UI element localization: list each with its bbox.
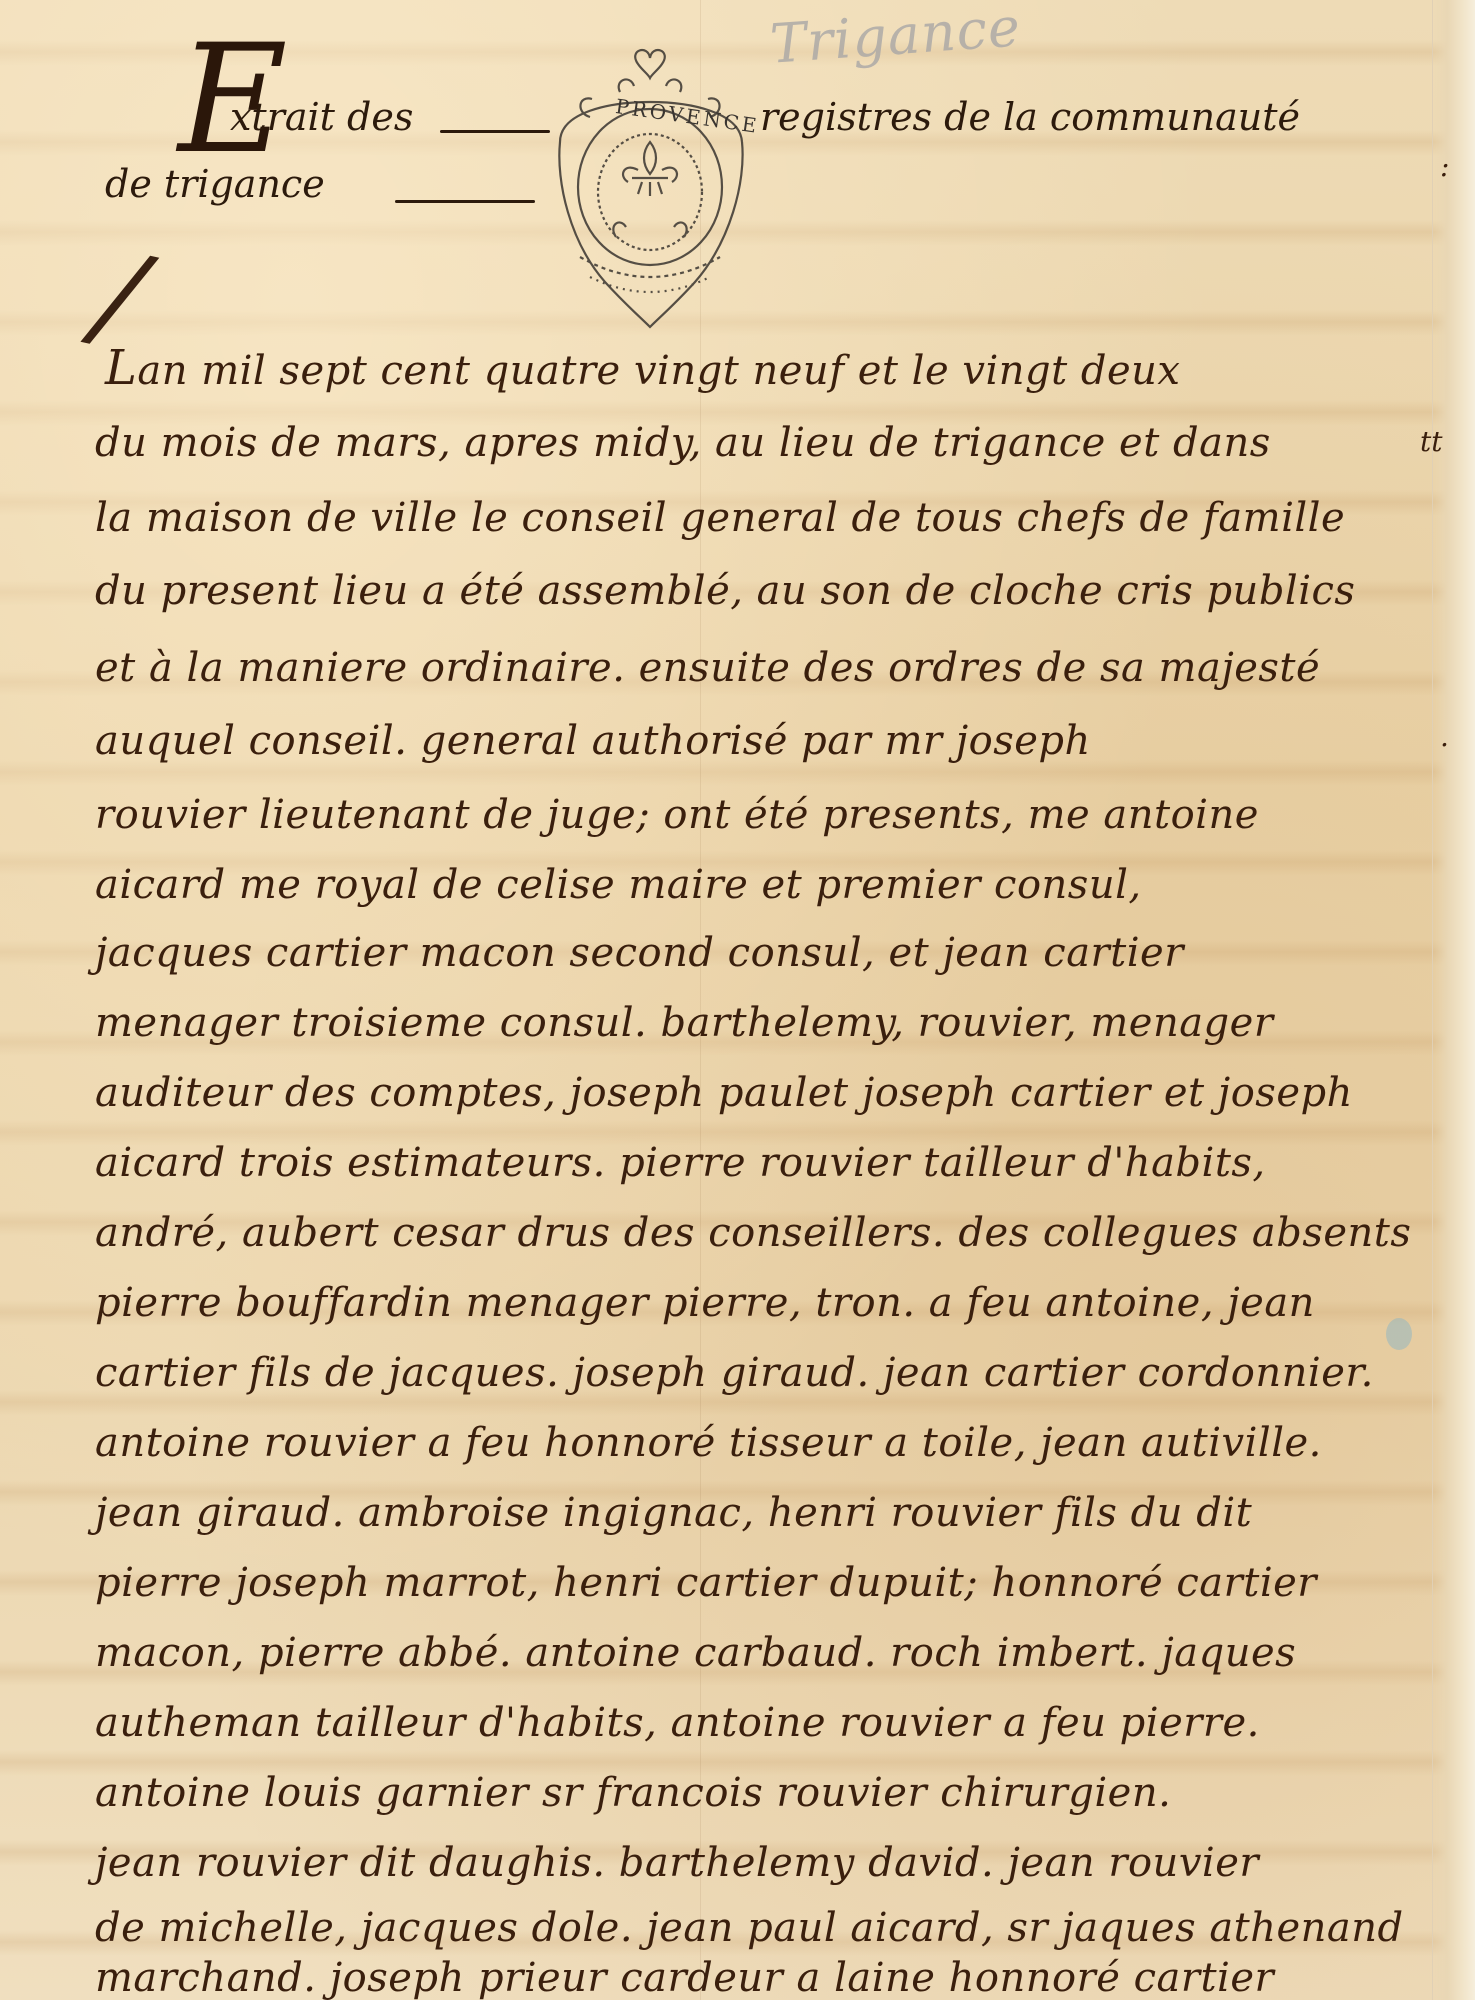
manuscript-line: Lan mil sept cent quatre vingt neuf et l… <box>105 340 1181 396</box>
pencil-annotation: Trigance <box>768 0 1023 76</box>
manuscript-line: menager troisieme consul. barthelemy, ro… <box>95 1000 1273 1046</box>
manuscript-page: Trigance E xtrait des registres de la co… <box>0 0 1475 2000</box>
blue-ink-spot <box>1386 1318 1412 1350</box>
heading-line-2: de trigance <box>105 162 325 206</box>
margin-mark: tt <box>1420 425 1443 458</box>
manuscript-line: andré, aubert cesar drus des conseillers… <box>95 1210 1411 1256</box>
manuscript-line: macon, pierre abbé. antoine carbaud. roc… <box>95 1630 1296 1676</box>
manuscript-line: auquel conseil. general authorisé par mr… <box>95 718 1091 764</box>
manuscript-line: aicard trois estimateurs. pierre rouvier… <box>95 1140 1266 1186</box>
manuscript-line: aicard me royal de celise maire et premi… <box>95 862 1142 908</box>
manuscript-line: du mois de mars, apres midy, au lieu de … <box>95 420 1271 466</box>
paper-right-edge <box>1432 0 1475 2000</box>
heading-line-1-right: registres de la communauté <box>760 95 1300 139</box>
fleur-de-lis-seal-icon <box>520 42 780 332</box>
heading-line-1-left: xtrait des <box>230 95 413 139</box>
manuscript-line: rouvier lieutenant de juge; ont été pres… <box>95 792 1259 838</box>
margin-mark: : <box>1440 150 1449 183</box>
manuscript-line: la maison de ville le conseil general de… <box>95 495 1345 541</box>
manuscript-line: pierre bouffardin menager pierre, tron. … <box>95 1280 1315 1326</box>
body-initial-letter: L <box>105 340 137 396</box>
heading-rule-2 <box>395 200 535 203</box>
manuscript-line: et à la maniere ordinaire. ensuite des o… <box>95 645 1320 691</box>
manuscript-line: jean giraud. ambroise ingignac, henri ro… <box>95 1490 1252 1536</box>
margin-mark: . <box>1440 720 1449 753</box>
manuscript-line: pierre joseph marrot, henri cartier dupu… <box>95 1560 1317 1606</box>
provence-seal-stamp: PROVENCE <box>520 42 780 332</box>
manuscript-line: cartier fils de jacques. joseph giraud. … <box>95 1350 1374 1396</box>
manuscript-line: auditeur des comptes, joseph paulet jose… <box>95 1070 1353 1116</box>
manuscript-line: jean rouvier dit daughis. barthelemy dav… <box>95 1840 1259 1886</box>
manuscript-line: antoine louis garnier sr francois rouvie… <box>95 1770 1171 1816</box>
manuscript-line: marchand. joseph prieur cardeur a laine … <box>95 1955 1274 2000</box>
manuscript-line: antoine rouvier a feu honnoré tisseur a … <box>95 1420 1322 1466</box>
manuscript-line: de michelle, jacques dole. jean paul aic… <box>95 1905 1404 1951</box>
manuscript-line: jacques cartier macon second consul, et … <box>95 930 1184 976</box>
manuscript-line: autheman tailleur d'habits, antoine rouv… <box>95 1700 1260 1746</box>
manuscript-line: du present lieu a été assemblé, au son d… <box>95 568 1355 614</box>
